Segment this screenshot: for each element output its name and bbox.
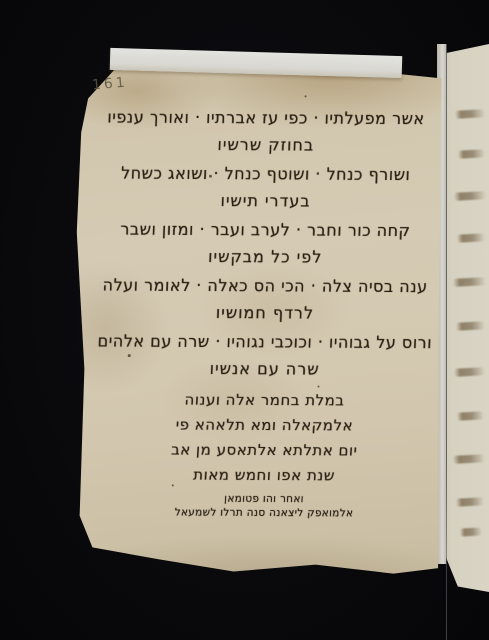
colophon-line: יום אתלתא אלתאסע מן אב <box>94 437 435 464</box>
poem-hemistich: לפי כל מבקשיו <box>95 241 436 271</box>
facing-page-faint-text-line <box>457 411 484 420</box>
colophon-small-line: אלמואפק ליצאנה סנה תרלו לשמעאל <box>94 505 435 521</box>
colophon-line: במלת בחמר אלה וענוה <box>94 387 435 414</box>
poem-hemistich: לרדף חמושיו <box>94 297 435 327</box>
facing-page-faint-text-line <box>456 321 485 331</box>
folio-number: 161 <box>91 74 128 93</box>
binding-thread <box>446 44 447 640</box>
facing-page-faint-text-line <box>453 277 486 287</box>
facing-page-faint-text-line <box>455 109 485 119</box>
manuscript-photograph: 161 אשר מפעלתיו · כפי עז אברתיו · ואורך … <box>0 0 489 640</box>
poem-hemistich: בחוזק שרשיו <box>95 129 436 159</box>
poem-hemistich: שרה עם אנשיו <box>94 353 435 383</box>
poem-line: ושורף כנחל · ושוטף כנחל · ושואג כשחל <box>95 159 436 188</box>
facing-page-faint-text-line <box>458 149 485 158</box>
facing-page-faint-text-line <box>453 454 485 464</box>
facing-page-faint-text-line <box>456 497 484 506</box>
poem-hemistich: בעדרי תישיו <box>95 185 436 215</box>
facing-page-faint-text-line <box>454 367 485 377</box>
ink-speck <box>305 95 307 97</box>
poem-line: קחה כור וחבר · לערב ועבר · ומזון ושבר <box>95 215 436 244</box>
text-block: אשר מפעלתיו · כפי עז אברתיו · ואורך ענפי… <box>94 104 436 521</box>
facing-page-faint-text-line <box>457 233 485 242</box>
poem-line: אשר מפעלתיו · כפי עז אברתיו · ואורך ענפי… <box>95 103 436 132</box>
colophon-line: שנת אפו וחמש מאות <box>93 462 434 489</box>
poem-line: ענה בסיה צלה · הכי הס כאלה · לאומר ועלה <box>95 271 436 300</box>
colophon-line: אלמקאלה ומא תלאהא פי <box>94 412 435 439</box>
facing-page-faint-text-line <box>460 527 482 536</box>
poem-line: ורוס על גבוהיו · וכוכבי נגוהיו · שרה עם … <box>94 327 435 356</box>
facing-page-faint-text-line <box>454 191 486 201</box>
